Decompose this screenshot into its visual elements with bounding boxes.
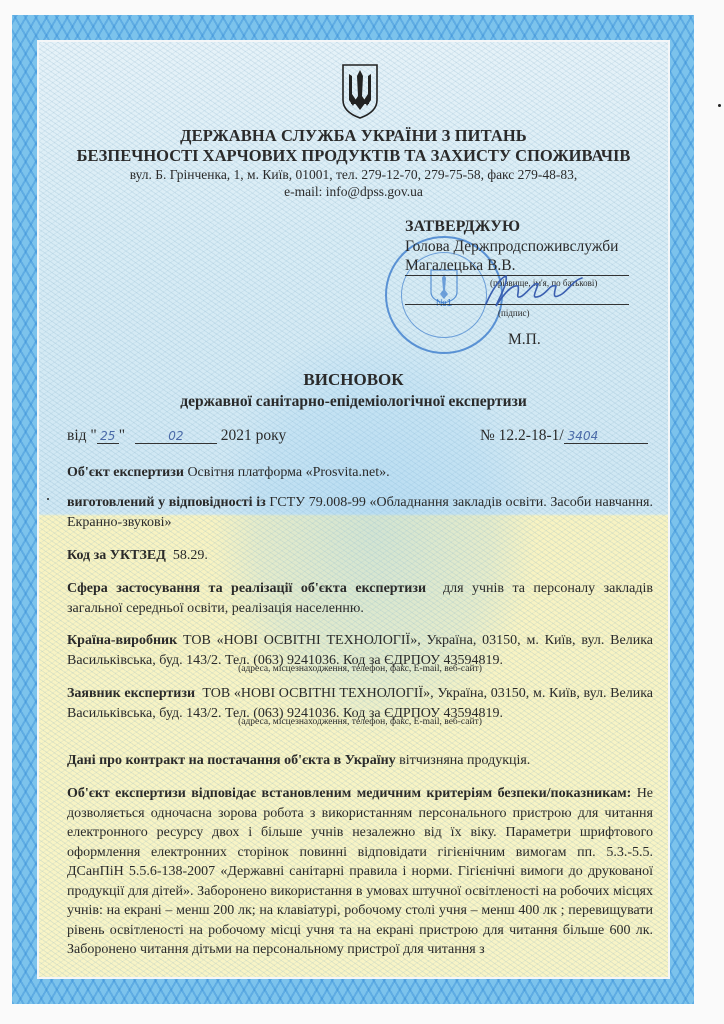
number-prefix: № 12.2-18-1/: [480, 427, 564, 444]
seal-mark: М.П.: [508, 331, 541, 349]
contract-section: Дані про контракт на постачання об'єкта …: [67, 751, 653, 771]
handwritten-signature: [478, 270, 588, 310]
scan-speck: [718, 104, 721, 107]
date-year: 2021 року: [221, 427, 286, 444]
manufactured-label: виготовлений у відповідності із: [67, 495, 266, 510]
date-prefix: від: [67, 427, 87, 444]
code-label: Код за УКТЗЕД: [67, 548, 166, 563]
country-hint: (адреса, місцезнаходження, телефон, факс…: [200, 664, 520, 674]
trident-emblem-icon: [340, 62, 380, 120]
code-section: Код за УКТЗЕД 58.29.: [67, 546, 653, 566]
document-date: від "25" 02 2021 року: [67, 427, 286, 445]
organization-name-line2: БЕЗПЕЧНОСТІ ХАРЧОВИХ ПРОДУКТІВ ТА ЗАХИСТ…: [37, 146, 670, 166]
organization-email: e-mail: info@dpss.gov.ua: [37, 184, 670, 200]
organization-name-line1: ДЕРЖАВНА СЛУЖБА УКРАЇНИ З ПИТАНЬ: [37, 126, 670, 146]
scope-label: Сфера застосування та реалізації об'єкта…: [67, 581, 426, 596]
country-label: Країна-виробник: [67, 633, 177, 648]
approval-title: ЗАТВЕРДЖУЮ: [405, 218, 520, 236]
code-value: 58.29.: [173, 548, 208, 563]
criteria-value: Не дозволяється одночасна зорова робота …: [67, 786, 653, 957]
document-number: № 12.2-18-1/3404: [480, 427, 648, 445]
date-day: 25: [97, 429, 119, 444]
date-month: 02: [135, 429, 217, 444]
contract-value: вітчизняна продукція.: [399, 753, 530, 768]
scope-section: Сфера застосування та реалізації об'єкта…: [67, 579, 653, 618]
contract-label: Дані про контракт на постачання об'єкта …: [67, 753, 396, 768]
document-subtitle: державної санітарно-епідеміологічної екс…: [37, 393, 670, 411]
manufactured-section: виготовлений у відповідності із ГСТУ 79.…: [67, 493, 653, 532]
number-handwritten: 3404: [564, 429, 648, 444]
document-title: ВИСНОВОК: [37, 370, 670, 390]
object-section: Об'єкт експертизи Освітня платформа «Pro…: [67, 463, 653, 483]
criteria-label: Об'єкт експертизи відповідає встановлени…: [67, 786, 631, 801]
organization-address: вул. Б. Грінченка, 1, м. Київ, 01001, те…: [37, 167, 670, 183]
criteria-section: Об'єкт експертизи відповідає встановлени…: [67, 784, 653, 960]
object-value: Освітня платформа «Prosvita.net».: [187, 465, 389, 480]
scan-speck: [47, 498, 49, 500]
applicant-hint: (адреса, місцезнаходження, телефон, факс…: [200, 717, 520, 727]
applicant-label: Заявник експертизи: [67, 686, 195, 701]
object-label: Об'єкт експертизи: [67, 465, 184, 480]
approver-position: Голова Держпродспоживслужби: [405, 238, 618, 256]
